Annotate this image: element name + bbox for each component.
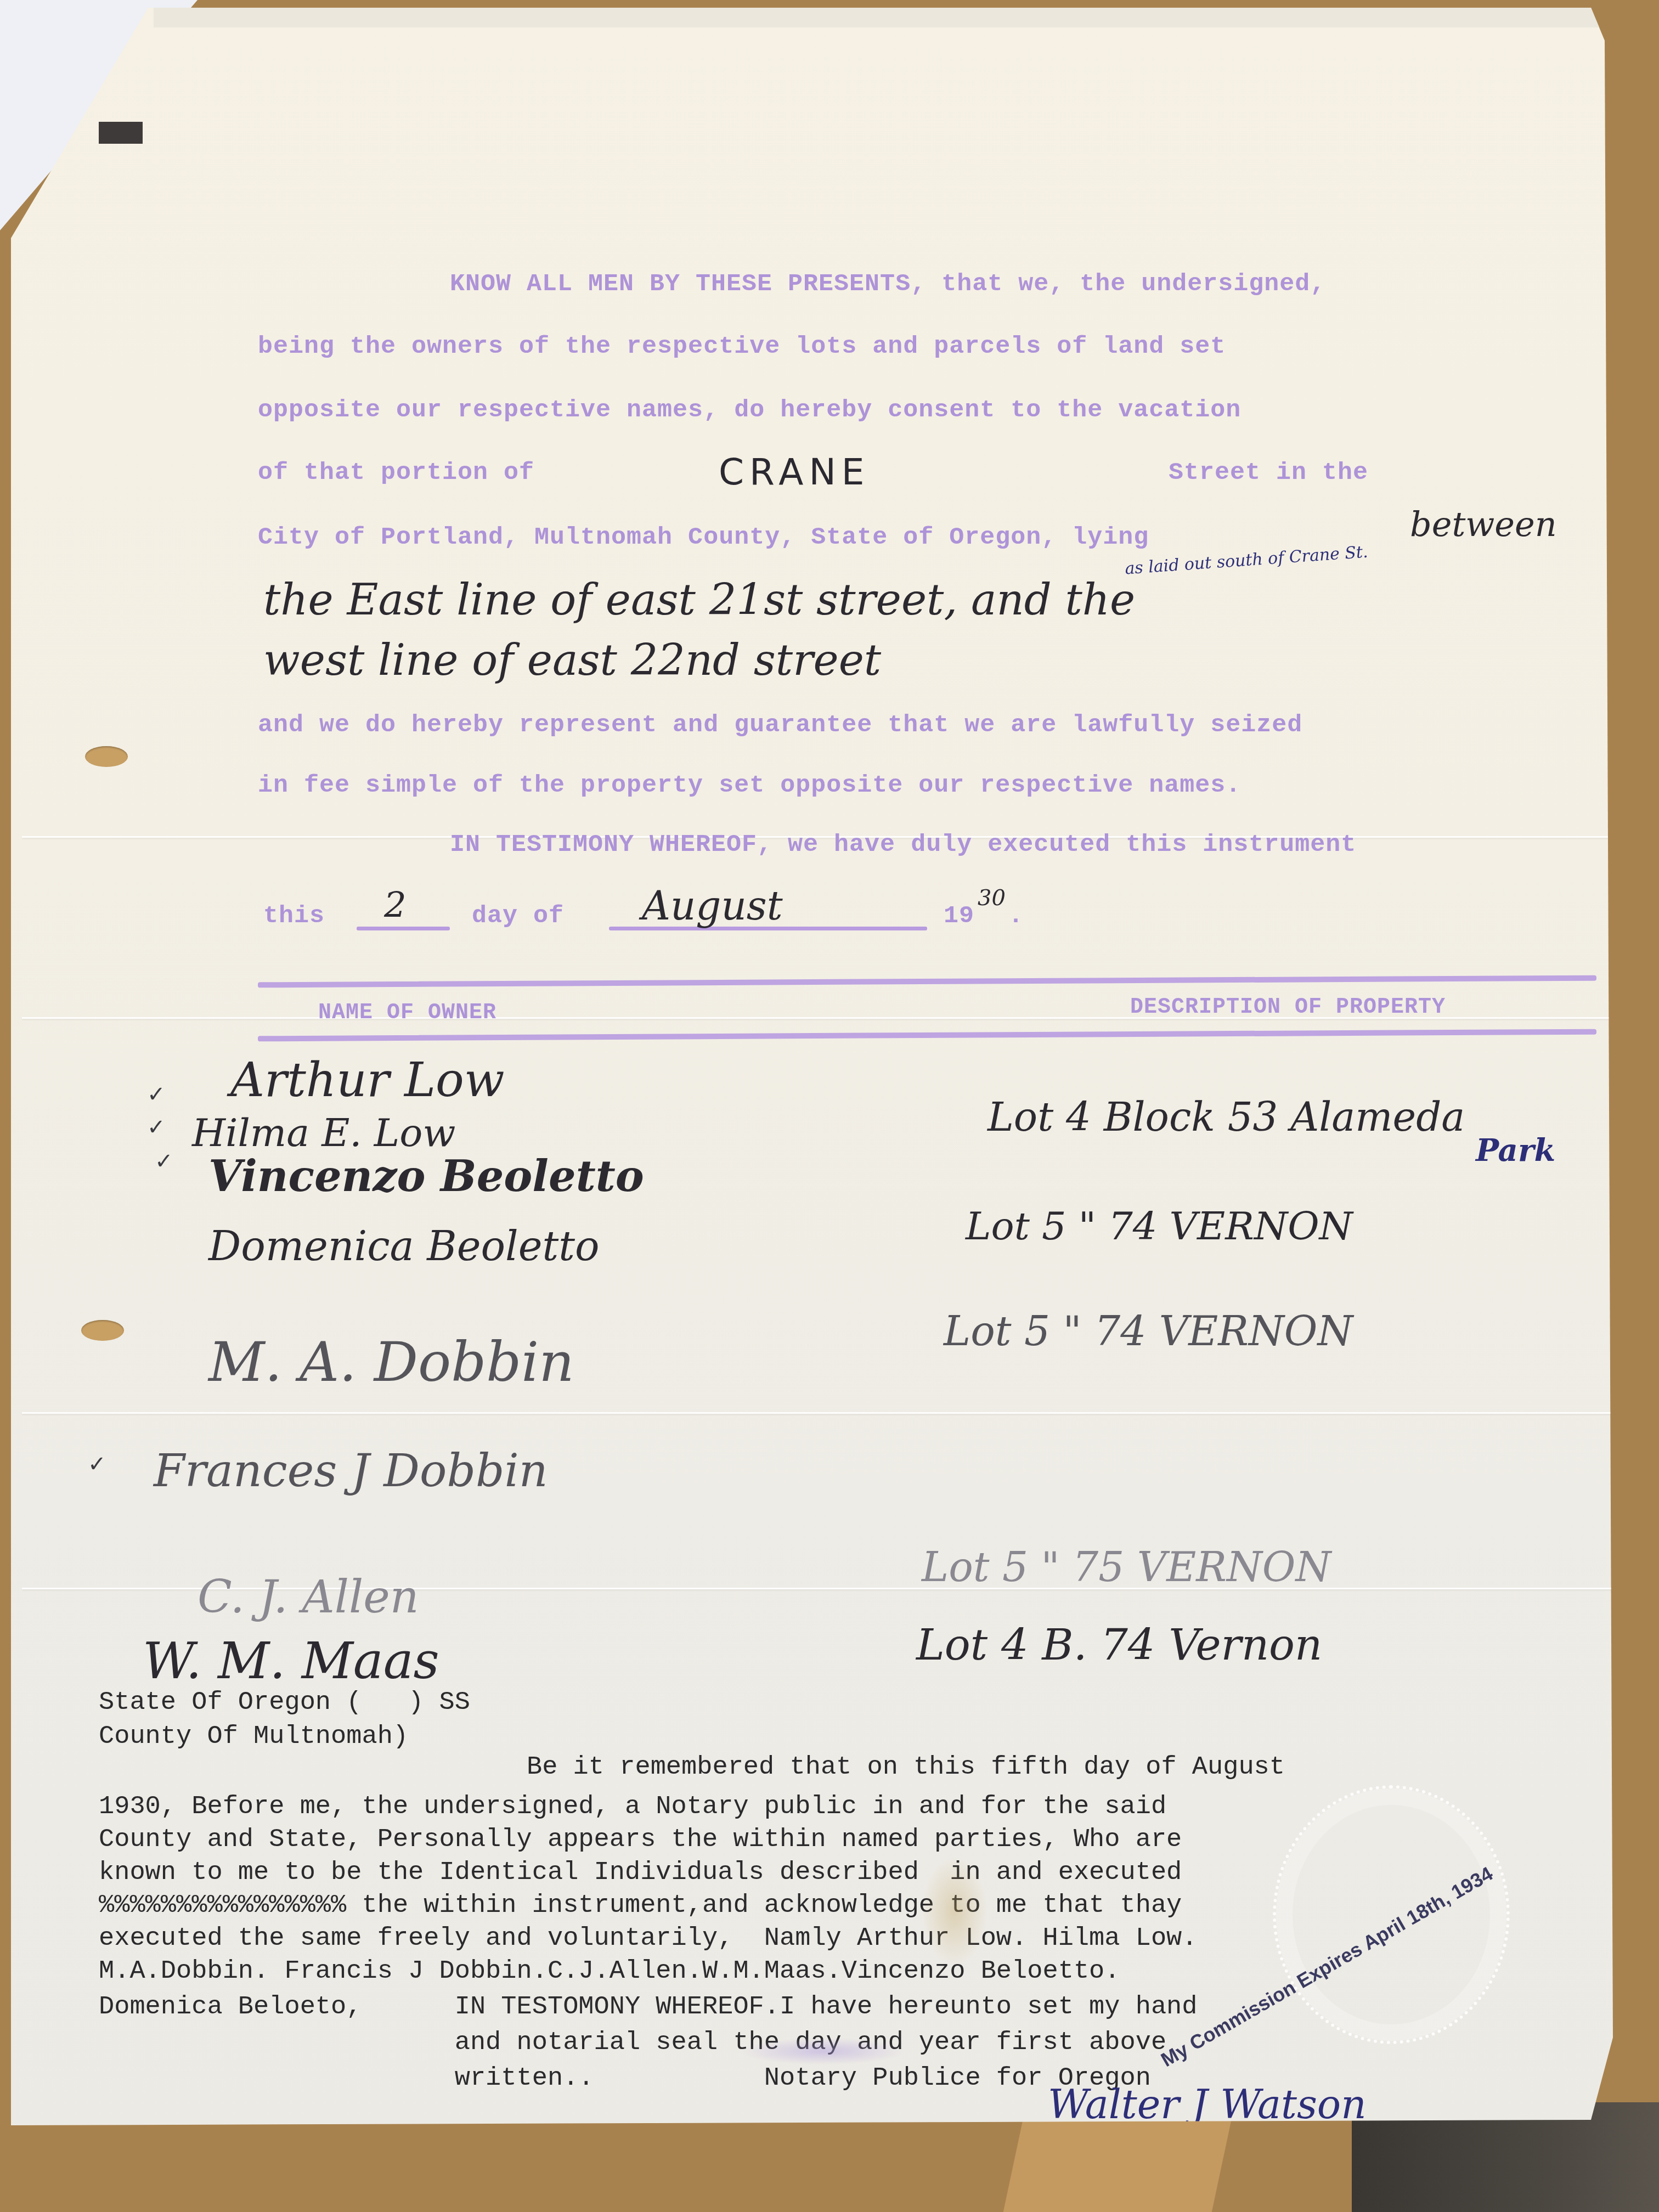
date-year-handwritten: 30 <box>978 885 1006 911</box>
consent-line-4-prefix: of that portion of <box>258 459 534 487</box>
date-day-of-label: day of <box>472 902 564 930</box>
consent-line-1: KNOW ALL MEN BY THESE PRESENTS, that we,… <box>450 270 1325 298</box>
owner-signature: W. M. Maas <box>143 1632 439 1690</box>
consent-line-4-suffix: Street in the <box>1169 459 1368 487</box>
check-mark-icon: ✓ <box>88 1452 106 1477</box>
notary-line: known to me to be the Identical Individu… <box>99 1857 1182 1889</box>
testimony-line: IN TESTIMONY WHEREOF, we have duly execu… <box>450 831 1356 859</box>
consent-line-6: and we do hereby represent and guarantee… <box>258 711 1302 739</box>
notary-line: executed the same freely and voluntarily… <box>99 1922 1198 1955</box>
handwritten-insert-note: as laid out south of Crane St. <box>1124 543 1368 579</box>
street-name-handwritten: CRANE <box>719 451 870 493</box>
handwritten-boundary-line-1: the East line of east 21st street, and t… <box>263 575 1135 625</box>
notary-line: Domenica Beloeto, IN TESTOMONY WHEREOF.I… <box>99 1991 1198 2024</box>
date-month-handwritten: August <box>642 883 783 929</box>
owner-signature: Frances J Dobbin <box>154 1445 548 1497</box>
page-top-edge <box>154 8 1602 27</box>
date-year-prefix: 19 <box>944 902 974 930</box>
notary-signature: Walter J Watson <box>1048 2081 1367 2128</box>
consent-line-7: in fee simple of the property set opposi… <box>258 771 1241 799</box>
notary-line: and notarial seal the day and year first… <box>99 2027 1166 2059</box>
owner-signature: C. J. Allen <box>198 1571 419 1623</box>
check-mark-icon: ✓ <box>155 1149 173 1174</box>
notary-line: Be it remembered that on this fifth day … <box>527 1751 1285 1784</box>
owner-signature: Domenica Beoletto <box>208 1223 599 1270</box>
property-description: Lot 5 " 74 VERNON <box>966 1204 1353 1249</box>
consent-line-5: City of Portland, Multnomah County, Stat… <box>258 523 1149 551</box>
column-header-property: DESCRIPTION OF PROPERTY <box>1130 995 1446 1020</box>
hole-punch-icon <box>81 1320 124 1341</box>
owner-signature: Arthur Low <box>230 1053 505 1108</box>
date-period: . <box>1008 902 1024 930</box>
day-underline <box>357 927 450 930</box>
date-this-label: this <box>263 902 325 930</box>
handwritten-between: between <box>1410 504 1557 544</box>
property-note: Park <box>1476 1132 1555 1169</box>
owner-signature: Hilma E. Low <box>192 1110 455 1155</box>
notary-line: 1930, Before me, the undersigned, a Nota… <box>99 1791 1166 1824</box>
handwritten-boundary-line-2: west line of east 22nd street <box>263 636 881 685</box>
embossed-notary-seal-icon <box>1273 1785 1510 2044</box>
water-stain <box>922 1857 988 1966</box>
owner-signature: Vincenzo Beoletto <box>208 1152 644 1201</box>
property-description: Lot 5 " 74 VERNON <box>944 1308 1353 1355</box>
torn-staple-hole <box>99 122 143 144</box>
property-description: Lot 4 Block 53 Alameda <box>988 1094 1465 1140</box>
notary-line: County and State, Personally appears the… <box>99 1824 1182 1857</box>
table-header-bottom-rule <box>258 1029 1596 1042</box>
property-description: Lot 4 B. 74 Vernon <box>916 1621 1322 1670</box>
check-mark-icon: ✓ <box>147 1115 166 1140</box>
consent-line-3: opposite our respective names, do hereby… <box>258 396 1241 424</box>
date-day-handwritten: 2 <box>384 885 407 926</box>
notary-venue-state: State Of Oregon ( ) SS <box>99 1686 470 1719</box>
hole-punch-icon <box>85 746 128 767</box>
column-header-owner: NAME OF OWNER <box>318 1001 496 1025</box>
ink-smudge <box>741 2038 905 2065</box>
check-mark-icon: ✓ <box>147 1082 166 1107</box>
owner-signature: M. A. Dobbin <box>208 1330 574 1394</box>
property-description: Lot 5 " 75 VERNON <box>922 1544 1331 1591</box>
table-header-top-rule <box>258 975 1596 988</box>
consent-line-2: being the owners of the respective lots … <box>258 332 1226 360</box>
notary-line: %%%%%%%%%%%%%%%% the within instrument,a… <box>99 1889 1182 1922</box>
paper-fold-line <box>22 1412 1613 1414</box>
notary-line: written.. Notary Publice for Oregon <box>99 2062 1151 2095</box>
notary-venue-county: County Of Multnomah) <box>99 1720 408 1753</box>
document-page: KNOW ALL MEN BY THESE PRESENTS, that we,… <box>11 8 1613 2136</box>
